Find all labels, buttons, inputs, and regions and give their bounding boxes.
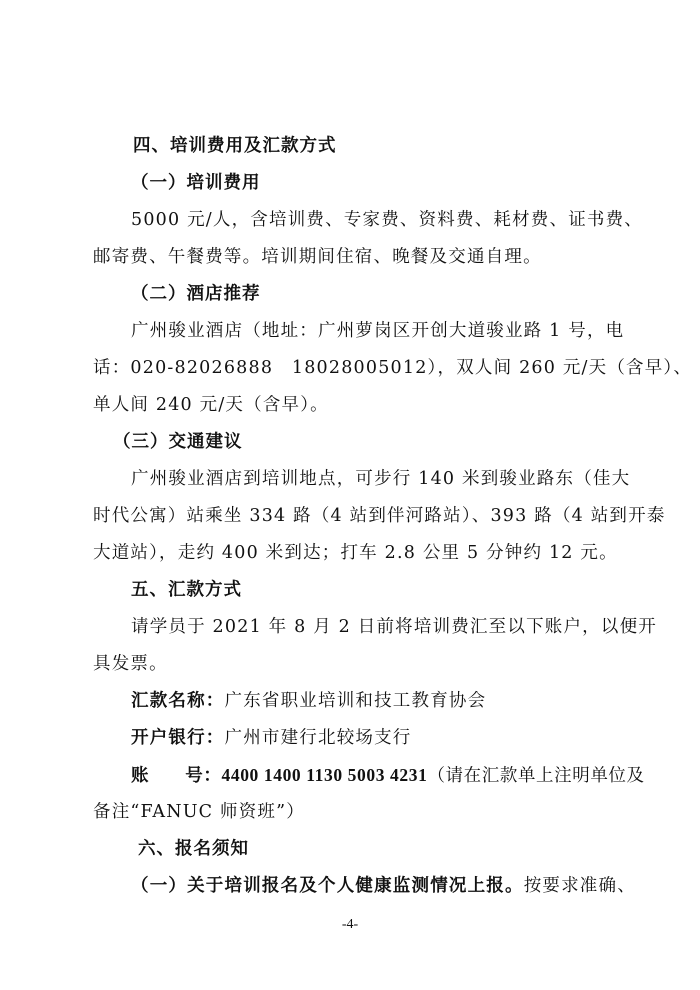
section-4-1-heading: （一）培训费用: [131, 172, 261, 194]
fee-paragraph-line-1: 5000 元/人，含培训费、专家费、资料费、耗材费、证书费、: [131, 209, 611, 231]
section-6-1-text: 按要求准确、: [524, 876, 636, 896]
section-6-heading: 六、报名须知: [138, 838, 249, 860]
payee-row: 汇款名称：广东省职业培训和技工教育协会: [131, 690, 486, 712]
account-label: 账 号：: [131, 766, 222, 786]
bank-label: 开户银行：: [131, 728, 225, 748]
section-6-1-line: （一）关于培训报名及个人健康监测情况上报。按要求准确、: [131, 875, 636, 897]
hotel-paragraph-line-1: 广州骏业酒店（地址：广州萝岗区开创大道骏业路 1 号，电: [131, 320, 611, 342]
remit-paragraph-line-1: 请学员于 2021 年 8 月 2 日前将培训费汇至以下账户，以便开: [131, 616, 611, 638]
bank-row: 开户银行：广州市建行北较场支行: [131, 727, 412, 749]
section-6-1-heading: （一）关于培训报名及个人健康监测情况上报。: [131, 876, 524, 896]
account-row: 账 号：4400 1400 1130 5003 4231（请在汇款单上注明单位及: [131, 764, 645, 787]
section-4-heading: 四、培训费用及汇款方式: [133, 135, 337, 157]
payee-label: 汇款名称：: [131, 691, 225, 711]
bank-value: 广州市建行北较场支行: [225, 728, 412, 748]
fee-paragraph-line-2: 邮寄费、午餐费等。培训期间住宿、晚餐及交通自理。: [93, 246, 611, 268]
section-5-heading: 五、汇款方式: [131, 579, 242, 601]
account-note: （请在汇款单上注明单位及: [427, 766, 644, 786]
account-note-line-2: 备注“FANUC 师资班”）: [93, 801, 611, 823]
transport-paragraph-line-1: 广州骏业酒店到培训地点，可步行 140 米到骏业路东（佳大: [131, 468, 611, 490]
transport-paragraph-line-3: 大道站），走约 400 米到达；打车 2.8 公里 5 分钟约 12 元。: [93, 542, 611, 564]
hotel-paragraph-line-3: 单人间 240 元/天（含早）。: [93, 394, 611, 416]
transport-paragraph-line-2: 时代公寓）站乘坐 334 路（4 站到伴河路站）、393 路（4 站到开泰: [93, 505, 611, 527]
account-number: 4400 1400 1130 5003 4231: [222, 765, 428, 785]
hotel-paragraph-line-2: 话：020-82026888 18028005012），双人间 260 元/天（…: [93, 357, 611, 379]
remit-paragraph-line-2: 具发票。: [93, 653, 611, 675]
section-4-3-heading: （三）交通建议: [113, 431, 243, 453]
section-4-2-heading: （二）酒店推荐: [131, 283, 261, 305]
payee-value: 广东省职业培训和技工教育协会: [225, 691, 487, 711]
page-number: -4-: [0, 917, 700, 933]
